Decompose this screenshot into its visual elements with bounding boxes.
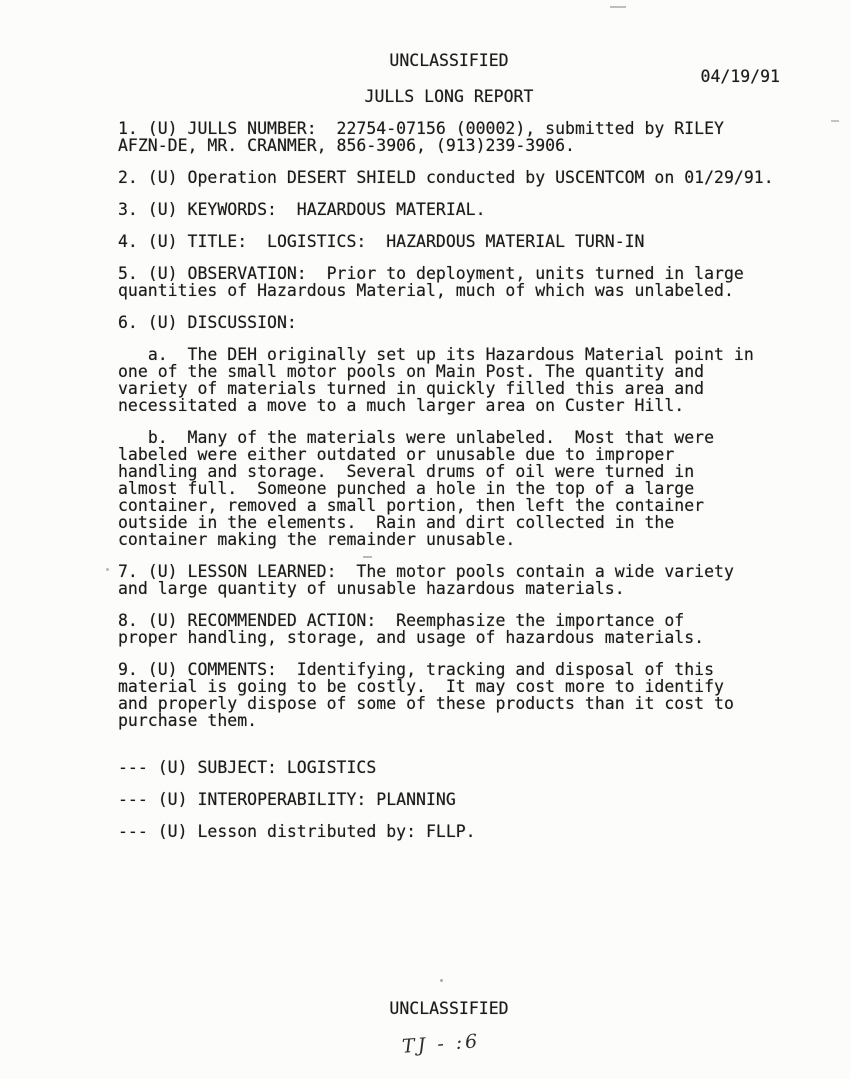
- distribution-line: --- (U) Lesson distributed by: FLLP.: [118, 823, 780, 840]
- comments-paragraph: 9. (U) COMMENTS: Identifying, tracking a…: [118, 661, 780, 729]
- report-body: 1. (U) JULLS NUMBER: 22754-07156 (00002)…: [118, 120, 780, 840]
- discussion-heading: 6. (U) DISCUSSION:: [118, 314, 780, 331]
- lesson-learned-paragraph: 7. (U) LESSON LEARNED: The motor pools c…: [118, 563, 780, 597]
- report-title: JULLS LONG REPORT: [118, 88, 780, 105]
- keywords-paragraph: 3. (U) KEYWORDS: HAZARDOUS MATERIAL.: [118, 201, 780, 218]
- scan-artifact: [831, 120, 839, 122]
- document-date: 04/19/91: [118, 68, 780, 85]
- observation-paragraph: 5. (U) OBSERVATION: Prior to deployment,…: [118, 265, 780, 299]
- interoperability-line: --- (U) INTEROPERABILITY: PLANNING: [118, 791, 780, 808]
- scanned-document-page: UNCLASSIFIED 04/19/91 JULLS LONG REPORT …: [0, 0, 850, 1079]
- operation-paragraph: 2. (U) Operation DESERT SHIELD conducted…: [118, 169, 780, 186]
- scan-artifact: [610, 6, 626, 8]
- recommended-action-paragraph: 8. (U) RECOMMENDED ACTION: Reemphasize t…: [118, 612, 780, 646]
- handwritten-annotation: TJ - :6: [402, 1033, 481, 1055]
- julls-number-paragraph: 1. (U) JULLS NUMBER: 22754-07156 (00002)…: [118, 120, 780, 154]
- discussion-item-a: a. The DEH originally set up its Hazardo…: [118, 346, 780, 414]
- scan-artifact: [440, 979, 443, 982]
- classification-footer: UNCLASSIFIED: [118, 1000, 780, 1017]
- scan-artifact: [363, 556, 372, 558]
- classification-header: UNCLASSIFIED: [118, 52, 780, 69]
- scan-artifact: [106, 568, 109, 571]
- title-paragraph: 4. (U) TITLE: LOGISTICS: HAZARDOUS MATER…: [118, 233, 780, 250]
- subject-line: --- (U) SUBJECT: LOGISTICS: [118, 759, 780, 776]
- discussion-item-b: b. Many of the materials were unlabeled.…: [118, 429, 780, 548]
